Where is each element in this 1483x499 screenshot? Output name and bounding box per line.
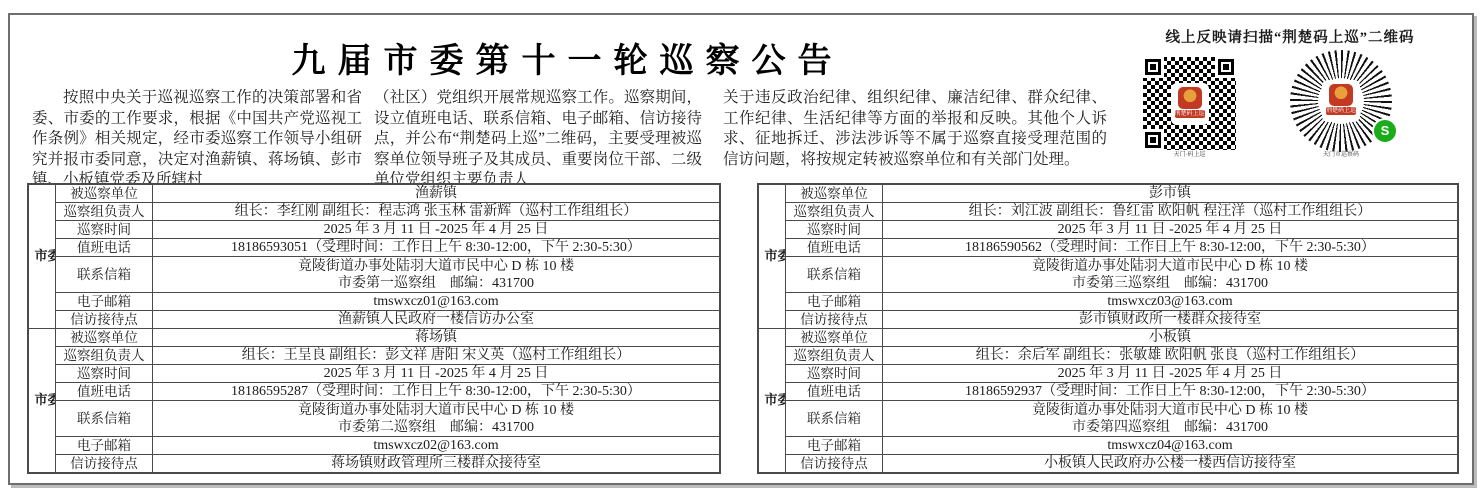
qr-finder-icon <box>1218 59 1234 75</box>
inspection-table-right: 市委第三巡察组 被巡察单位 彭市镇 巡察组负责人组长：刘江波 副组长：鲁红雷 欧… <box>757 183 1459 474</box>
mailbox-postcode-line: 市委第二巡察组 邮编：431700 <box>155 419 717 436</box>
field-label: 电子邮箱 <box>56 437 153 455</box>
field-label: 信访接待点 <box>56 311 153 329</box>
group-4-mailbox: 竟陵街道办事处陆羽大道市民中心 D 栋 10 楼 市委第四巡察组 邮编：4317… <box>883 401 1459 437</box>
field-label: 值班电话 <box>56 383 153 401</box>
field-label: 值班电话 <box>786 383 883 401</box>
intro-column-1: 按照中央关于巡视巡察工作的决策部署和省委、市委的工作要求，根据《中国共产党巡视工… <box>32 88 362 191</box>
field-label: 电子邮箱 <box>786 293 883 311</box>
field-label: 电子邮箱 <box>56 293 153 311</box>
field-label: 电子邮箱 <box>786 437 883 455</box>
group-1-mailbox: 竟陵街道办事处陆羽大道市民中心 D 栋 10 楼 市委第一巡察组 邮编：4317… <box>153 257 721 293</box>
field-label: 值班电话 <box>786 239 883 257</box>
group-label-cell: 市委第三巡察组 <box>758 184 786 329</box>
field-label: 巡察时间 <box>56 365 153 383</box>
field-label: 巡察时间 <box>56 221 153 239</box>
group-4-phone: 18186592937（受理时间：工作日上午 8:30-12:00，下午 2:3… <box>883 383 1459 401</box>
intro-column-3: 关于违反政治纪律、组织纪律、廉洁纪律、群众纪律、工作纪律、生活纪律等方面的举报和… <box>723 88 1107 170</box>
mailbox-address-line: 竟陵街道办事处陆羽大道市民中心 D 栋 10 楼 <box>885 258 1455 275</box>
qr-logo-banner: 荆楚码上巡 <box>1326 107 1356 115</box>
group-label-cell: 市委第二巡察组 <box>28 329 56 474</box>
inspection-table-left: 市委第一巡察组 被巡察单位 渔薪镇 巡察组负责人组长：李红刚 副组长：程志鸿 张… <box>27 183 721 474</box>
field-label: 巡察组负责人 <box>786 347 883 365</box>
qr-center-logo: 荆楚码上巡 <box>1324 82 1358 120</box>
qr-center-logo: 荆楚码上巡 <box>1173 85 1207 123</box>
qr-logo-banner: 荆楚码上巡 <box>1175 110 1205 118</box>
group-4-reception: 小板镇人民政府办公楼一楼西信访接待室 <box>883 455 1459 474</box>
qr-code-square-icon: 荆楚码上巡 <box>1143 57 1236 150</box>
mailbox-postcode-line: 市委第一巡察组 邮编：431700 <box>155 275 717 292</box>
qr-code-miniprogram-icon: 荆楚码上巡 S <box>1290 50 1392 152</box>
wechat-icon: S <box>1374 120 1396 142</box>
group-3-label: 市委第三巡察组 <box>765 247 780 266</box>
announcement-page: 九届市委第十一轮巡察公告 按照中央关于巡视巡察工作的决策部署和省委、市委的工作要… <box>0 0 1483 499</box>
mailbox-postcode-line: 市委第三巡察组 邮编：431700 <box>885 275 1455 292</box>
group-2-label: 市委第二巡察组 <box>35 391 50 410</box>
group-label-cell: 市委第一巡察组 <box>28 184 56 329</box>
group-3-leaders: 组长：刘江波 副组长：鲁红雷 欧阳帆 程汪洋（巡村工作组组长） <box>883 203 1459 221</box>
qr-right-sub-caption: 天门市巡察码 <box>1291 151 1391 159</box>
field-label: 被巡察单位 <box>786 184 883 203</box>
field-label: 被巡察单位 <box>56 329 153 347</box>
qr-finder-icon <box>1145 59 1161 75</box>
group-2-unit: 蒋场镇 <box>153 329 721 347</box>
group-3-reception: 彭市镇财政所一楼群众接待室 <box>883 311 1459 329</box>
group-3-phone: 18186590562（受理时间：工作日上午 8:30-12:00，下午 2:3… <box>883 239 1459 257</box>
group-1-phone: 18186593051（受理时间：工作日上午 8:30-12:00，下午 2:3… <box>153 239 721 257</box>
group-4-leaders: 组长：余后军 副组长：张敏雄 欧阳帆 张良（巡村工作组组长） <box>883 347 1459 365</box>
group-3-period: 2025 年 3 月 11 日 -2025 年 4 月 25 日 <box>883 221 1459 239</box>
group-1-reception: 渔薪镇人民政府一楼信访办公室 <box>153 311 721 329</box>
field-label: 信访接待点 <box>786 455 883 474</box>
group-2-reception: 蒋场镇财政管理所三楼群众接待室 <box>153 455 721 474</box>
field-label: 联系信箱 <box>56 257 153 293</box>
field-label: 信访接待点 <box>786 311 883 329</box>
group-1-period: 2025 年 3 月 11 日 -2025 年 4 月 25 日 <box>153 221 721 239</box>
group-1-label: 市委第一巡察组 <box>35 247 50 266</box>
field-label: 联系信箱 <box>56 401 153 437</box>
tower-emblem-icon <box>1178 87 1202 109</box>
field-label: 联系信箱 <box>786 401 883 437</box>
group-4-label: 市委第四巡察组 <box>765 391 780 410</box>
field-label: 被巡察单位 <box>786 329 883 347</box>
group-4-email: tmswxcz04@163.com <box>883 437 1459 455</box>
group-2-email: tmswxcz02@163.com <box>153 437 721 455</box>
group-2-phone: 18186595287（受理时间：工作日上午 8:30-12:00，下午 2:3… <box>153 383 721 401</box>
field-label: 巡察组负责人 <box>786 203 883 221</box>
mailbox-postcode-line: 市委第四巡察组 邮编：431700 <box>885 419 1455 436</box>
group-4-unit: 小板镇 <box>883 329 1459 347</box>
group-1-leaders: 组长：李红刚 副组长：程志鸿 张玉林 雷新辉（巡村工作组组长） <box>153 203 721 221</box>
qr-finder-icon <box>1145 132 1161 148</box>
mailbox-address-line: 竟陵街道办事处陆羽大道市民中心 D 栋 10 楼 <box>155 258 717 275</box>
field-label: 被巡察单位 <box>56 184 153 203</box>
field-label: 巡察时间 <box>786 365 883 383</box>
field-label: 联系信箱 <box>786 257 883 293</box>
group-4-period: 2025 年 3 月 11 日 -2025 年 4 月 25 日 <box>883 365 1459 383</box>
group-3-unit: 彭市镇 <box>883 184 1459 203</box>
group-1-unit: 渔薪镇 <box>153 184 721 203</box>
field-label: 巡察组负责人 <box>56 203 153 221</box>
group-3-mailbox: 竟陵街道办事处陆羽大道市民中心 D 栋 10 楼 市委第三巡察组 邮编：4317… <box>883 257 1459 293</box>
group-label-cell: 市委第四巡察组 <box>758 329 786 474</box>
qr-left-sub-caption: 天门·码上巡 <box>1143 151 1236 159</box>
group-3-email: tmswxcz03@163.com <box>883 293 1459 311</box>
field-label: 值班电话 <box>56 239 153 257</box>
field-label: 巡察组负责人 <box>56 347 153 365</box>
group-1-email: tmswxcz01@163.com <box>153 293 721 311</box>
group-2-period: 2025 年 3 月 11 日 -2025 年 4 月 25 日 <box>153 365 721 383</box>
field-label: 巡察时间 <box>786 221 883 239</box>
field-label: 信访接待点 <box>56 455 153 474</box>
intro-column-2: （社区）党组织开展常规巡察工作。巡察期间，设立值班电话、联系信箱、电子邮箱、信访… <box>374 88 702 191</box>
mailbox-address-line: 竟陵街道办事处陆羽大道市民中心 D 栋 10 楼 <box>155 402 717 419</box>
mailbox-address-line: 竟陵街道办事处陆羽大道市民中心 D 栋 10 楼 <box>885 402 1455 419</box>
group-2-leaders: 组长：王呈良 副组长：彭文祥 唐阳 宋义英（巡村工作组组长） <box>153 347 721 365</box>
page-title: 九届市委第十一轮巡察公告 <box>30 33 1105 82</box>
group-2-mailbox: 竟陵街道办事处陆羽大道市民中心 D 栋 10 楼 市委第二巡察组 邮编：4317… <box>153 401 721 437</box>
qr-section-caption: 线上反映请扫描“荆楚码上巡”二维码 <box>1132 26 1448 47</box>
tower-emblem-icon <box>1329 84 1353 106</box>
